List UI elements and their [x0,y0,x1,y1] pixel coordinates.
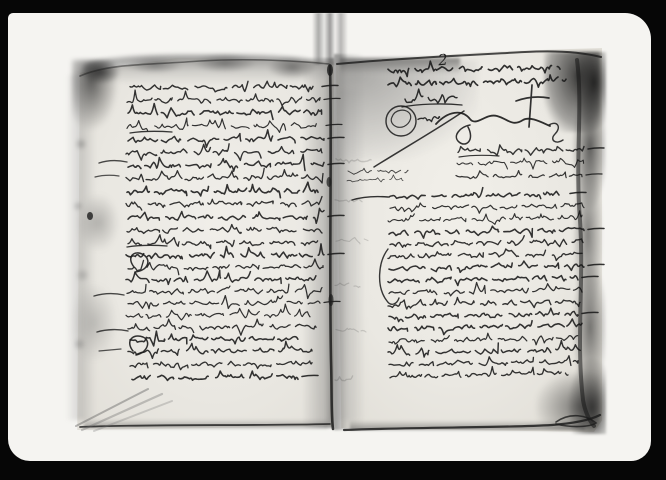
right-page [336,48,602,432]
left-page [72,54,334,430]
manuscript-scan-stage: 2 [0,0,666,480]
page-number: 2 [437,51,448,70]
